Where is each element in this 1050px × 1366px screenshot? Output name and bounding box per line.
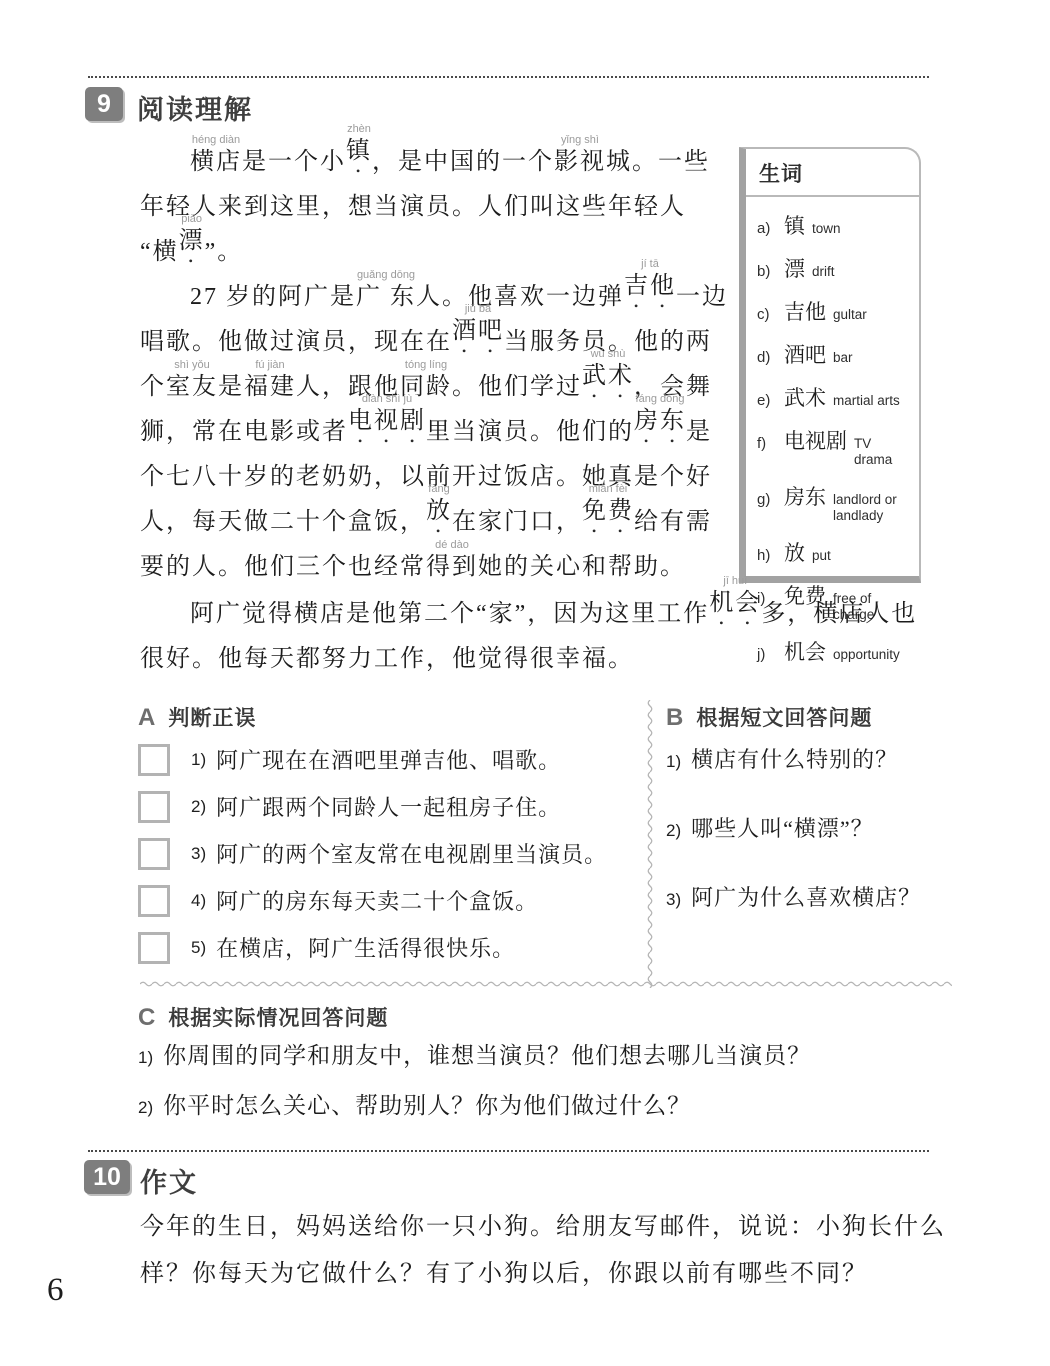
pinyin-annotation: shì yǒu — [166, 358, 218, 372]
vocab-word: 电视剧 — [784, 425, 847, 455]
passage-word: 27 岁的阿广是 — [190, 282, 356, 313]
passage-word: fàng放 — [426, 482, 452, 538]
vocab-gloss: gultar — [833, 307, 867, 323]
vocab-letter: d) — [757, 349, 784, 366]
true-false-item: 2)阿广跟两个同龄人一起租房子住。 — [138, 783, 607, 830]
chinese-text: 电视剧 — [348, 406, 426, 448]
answer-checkbox[interactable] — [138, 744, 170, 776]
vocab-box: 生词 a)镇townb)漂driftc)吉他gultard)酒吧bare)武术m… — [739, 147, 921, 583]
textbook-page: 9 阅读理解 héng diàn横店是一个小zhèn镇，是中国的一个yǐng s… — [0, 0, 1050, 1366]
vocab-gloss: TV drama — [854, 436, 913, 468]
chinese-text: 影视 — [554, 147, 606, 178]
part-b-title: 根据短文回答问题 — [696, 702, 872, 732]
reading-passage-part2: 阿广觉得横店是他第二个“家”，因为这里工作jī huì机会多，横店人也很好。他每… — [140, 585, 940, 675]
passage-word: 在家门口， — [452, 507, 582, 538]
vocab-letter: h) — [757, 547, 784, 564]
pinyin-annotation: zhèn — [346, 122, 372, 136]
part-a-title: 判断正误 — [168, 702, 256, 732]
vocab-item: f)电视剧TV drama — [757, 425, 913, 468]
passage-word: 多，横店人也 — [761, 599, 917, 630]
writing-prompt-line: 今年的生日，妈妈送给你一只小狗。给朋友写邮件，说说：小狗长什么 — [140, 1204, 946, 1251]
part-b-question-list: 1)横店有什么特别的？2)哪些人叫“横漂”？3)阿广为什么喜欢横店？ — [666, 744, 921, 951]
pinyin-annotation: dé dào — [426, 538, 478, 552]
passage-word: 城。一些 — [606, 147, 710, 178]
part-a-label: A — [138, 704, 155, 732]
passage-word: diàn shì jù电视剧 — [348, 392, 426, 448]
vocab-word: 放 — [784, 537, 805, 567]
chinese-text: 房东 — [634, 406, 686, 448]
vocab-word: 武术 — [784, 382, 826, 412]
passage-word: 是 — [686, 417, 712, 448]
chinese-text: 得到 — [426, 552, 478, 583]
chinese-text: 。他们学过 — [452, 372, 582, 403]
part-c-label: C — [138, 1004, 155, 1032]
vocab-word: 镇 — [784, 210, 805, 240]
vocab-word: 酒吧 — [784, 339, 826, 369]
passage-word: yǐng shì影视 — [554, 133, 606, 178]
chinese-text: 武术 — [582, 361, 634, 403]
pinyin-annotation: piǎo — [179, 212, 205, 226]
pinyin-annotation: jí tā — [624, 257, 676, 271]
passage-word: 阿广觉得横店是他第二个“家”，因为这里工作 — [190, 599, 709, 630]
passage-line: 要的人。他们三个也经常dé dào得到她的关心和帮助。 — [140, 538, 725, 583]
pinyin-annotation: jiǔ bā — [452, 302, 504, 316]
chinese-text: 年轻人来到这里，想当演员。人们叫这些年轻人 — [140, 192, 686, 223]
passage-word: 是一个小 — [242, 147, 346, 178]
answer-checkbox[interactable] — [138, 885, 170, 917]
vocab-gloss: drift — [812, 264, 835, 280]
vocab-item: c)吉他gultar — [757, 296, 913, 326]
vocab-letter: c) — [757, 306, 784, 323]
passage-word: fú jiàn福建 — [244, 358, 296, 403]
question-text: 你周围的同学和朋友中，谁想当演员？他们想去哪儿当演员？ — [163, 1040, 811, 1072]
chinese-text: 镇 — [346, 136, 372, 178]
passage-word: wǔ shù武术 — [582, 347, 634, 403]
pinyin-annotation: fú jiàn — [244, 358, 296, 372]
part-c-title: 根据实际情况回答问题 — [168, 1002, 388, 1032]
passage-line: 27 岁的阿广是guǎng dōng广 东人。他喜欢一边弹jí tā吉他一边 — [140, 268, 725, 313]
passage-word: jiǔ bā酒吧 — [452, 302, 504, 358]
passage-word: fáng dōng房东 — [634, 392, 686, 448]
passage-word: 要的人。他们三个也经常 — [140, 552, 426, 583]
pinyin-annotation: guǎng dōng — [356, 268, 416, 282]
passage-word: zhèn镇 — [346, 122, 372, 178]
part-b-header: B 根据短文回答问题 — [666, 702, 872, 732]
question-number: 1) — [138, 1042, 153, 1074]
passage-word: guǎng dōng广 东 — [356, 268, 416, 313]
vocab-item: e)武术martial arts — [757, 382, 913, 412]
vocab-letter: f) — [757, 435, 784, 452]
question-item: 2)哪些人叫“横漂”？ — [666, 813, 921, 846]
true-false-item: 5)在横店，阿广生活得很快乐。 — [138, 924, 607, 971]
chinese-text: 人。他喜欢一边弹 — [416, 282, 624, 313]
passage-line: 很好。他每天都努力工作，他觉得很幸福。 — [140, 630, 940, 675]
passage-word: ，是中国的一个 — [372, 147, 554, 178]
chinese-text: 是一个小 — [242, 147, 346, 178]
question-number: 3) — [191, 844, 206, 864]
question-item: 1)横店有什么特别的？ — [666, 744, 921, 777]
passage-word: 唱歌。他做过演员，现在在 — [140, 327, 452, 358]
passage-word: 里当演员。他们的 — [426, 417, 634, 448]
vocab-gloss: town — [812, 221, 841, 237]
pinyin-annotation: fàng — [426, 482, 452, 496]
section-9-badge: 9 — [85, 87, 123, 121]
question-text: 你平时怎么关心、帮助别人？你为他们做过什么？ — [163, 1090, 691, 1122]
column-separator-wavy — [645, 700, 655, 988]
question-number: 2) — [666, 815, 681, 846]
chinese-text: 阿广觉得横店是他第二个“家”，因为这里工作 — [190, 599, 709, 630]
answer-checkbox[interactable] — [138, 791, 170, 823]
passage-word: 人。他喜欢一边弹 — [416, 282, 624, 313]
pinyin-annotation: tóng líng — [400, 358, 452, 372]
passage-word: 是 — [218, 372, 244, 403]
question-number: 1) — [191, 750, 206, 770]
passage-line: 年轻人来到这里，想当演员。人们叫这些年轻人 — [140, 178, 725, 223]
pinyin-annotation: diàn shì jù — [348, 392, 426, 406]
chinese-text: 机会 — [709, 588, 761, 630]
reading-passage-part1: héng diàn横店是一个小zhèn镇，是中国的一个yǐng shì影视城。一… — [140, 133, 725, 583]
chinese-text: 广 东 — [356, 282, 416, 313]
chinese-text: 人，每天做二十个盒饭， — [140, 507, 426, 538]
passage-word: ”。 — [205, 237, 244, 268]
section-divider-top — [88, 76, 929, 78]
pinyin-annotation: yǐng shì — [554, 133, 606, 147]
question-number: 2) — [191, 797, 206, 817]
chinese-text: 要的人。他们三个也经常 — [140, 552, 426, 583]
vocab-title: 生词 — [746, 149, 919, 197]
pinyin-annotation: fáng dōng — [634, 392, 686, 406]
pinyin-annotation: miǎn fèi — [582, 482, 634, 496]
passage-word: “横 — [140, 237, 179, 268]
question-text: 阿广跟两个同龄人一起租房子住。 — [216, 791, 561, 822]
chinese-text: 横店 — [190, 147, 242, 178]
passage-word: 很好。他每天都努力工作，他觉得很幸福。 — [140, 644, 634, 675]
passage-word: 年轻人来到这里，想当演员。人们叫这些年轻人 — [140, 192, 686, 223]
vocab-gloss: bar — [833, 350, 853, 366]
true-false-list: 1)阿广现在在酒吧里弹吉他、唱歌。2)阿广跟两个同龄人一起租房子住。3)阿广的两… — [138, 736, 607, 971]
part-a-header: A 判断正误 — [138, 702, 256, 732]
vocab-word: 吉他 — [784, 296, 826, 326]
chinese-text: 室友 — [166, 372, 218, 403]
vocab-word: 漂 — [784, 253, 805, 283]
question-text: 横店有什么特别的？ — [691, 744, 898, 775]
vocab-gloss: martial arts — [833, 393, 900, 409]
vocab-letter: b) — [757, 263, 784, 280]
writing-prompt-line: 样？你每天为它做什么？有了小狗以后，你跟以前有哪些不同？ — [140, 1251, 946, 1298]
question-text: 阿广的两个室友常在电视剧里当演员。 — [216, 838, 607, 869]
chinese-text: 很好。他每天都努力工作，他觉得很幸福。 — [140, 644, 634, 675]
chinese-text: 一边 — [676, 282, 728, 313]
vocab-item: a)镇town — [757, 210, 913, 240]
passage-word: piǎo漂 — [179, 212, 205, 268]
chinese-text: 吉他 — [624, 271, 676, 313]
chinese-text: ”。 — [205, 237, 244, 268]
chinese-text: 给有需 — [634, 507, 712, 538]
question-item: 3)阿广为什么喜欢横店？ — [666, 882, 921, 915]
row-separator-wavy — [140, 979, 952, 989]
passage-word: 她的关心和帮助。 — [478, 552, 686, 583]
chinese-text: 放 — [426, 496, 452, 538]
section-10-badge: 10 — [84, 1160, 130, 1194]
question-text: 在横店，阿广生活得很快乐。 — [216, 932, 515, 963]
chinese-text: 是 — [686, 417, 712, 448]
answer-checkbox[interactable] — [138, 838, 170, 870]
passage-word: shì yǒu室友 — [166, 358, 218, 403]
passage-line: 狮，常在电影或者diàn shì jù电视剧里当演员。他们的fáng dōng房… — [140, 403, 725, 448]
vocab-letter: g) — [757, 491, 784, 508]
question-item: 1)你周围的同学和朋友中，谁想当演员？他们想去哪儿当演员？ — [138, 1040, 811, 1074]
passage-word: 人，每天做二十个盒饭， — [140, 507, 426, 538]
question-number: 4) — [191, 891, 206, 911]
chinese-text: “横 — [140, 237, 179, 268]
passage-word: dé dào得到 — [426, 538, 478, 583]
question-number: 3) — [666, 884, 681, 915]
passage-line: 唱歌。他做过演员，现在在jiǔ bā酒吧当服务员。他的两 — [140, 313, 725, 358]
chinese-text: 27 岁的阿广是 — [190, 282, 356, 313]
chinese-text: 多，横店人也 — [761, 599, 917, 630]
passage-word: 给有需 — [634, 507, 712, 538]
chinese-text: 狮，常在电影或者 — [140, 417, 348, 448]
passage-line: 人，每天做二十个盒饭，fàng放在家门口，miǎn fèi免费给有需 — [140, 493, 725, 538]
pinyin-annotation: jī huì — [709, 574, 761, 588]
true-false-item: 3)阿广的两个室友常在电视剧里当演员。 — [138, 830, 607, 877]
part-c-header: C 根据实际情况回答问题 — [138, 1002, 388, 1032]
pinyin-annotation: héng diàn — [190, 133, 242, 147]
passage-word: 个 — [140, 372, 166, 403]
vocab-gloss: landlord or landlady — [833, 492, 897, 524]
passage-word: héng diàn横店 — [190, 133, 242, 178]
question-text: 阿广现在在酒吧里弹吉他、唱歌。 — [216, 744, 561, 775]
passage-word: miǎn fèi免费 — [582, 482, 634, 538]
vocab-gloss: put — [812, 548, 831, 564]
vocab-item: d)酒吧bar — [757, 339, 913, 369]
chinese-text: 唱歌。他做过演员，现在在 — [140, 327, 452, 358]
part-c-question-list: 1)你周围的同学和朋友中，谁想当演员？他们想去哪儿当演员？2)你平时怎么关心、帮… — [138, 1040, 811, 1140]
question-number: 5) — [191, 938, 206, 958]
passage-line: héng diàn横店是一个小zhèn镇，是中国的一个yǐng shì影视城。一… — [140, 133, 725, 178]
passage-word: 一边 — [676, 282, 728, 313]
passage-word: 。他们学过 — [452, 372, 582, 403]
question-text: 阿广为什么喜欢横店？ — [691, 882, 921, 913]
passage-word: 狮，常在电影或者 — [140, 417, 348, 448]
pinyin-annotation: wǔ shù — [582, 347, 634, 361]
chinese-text: 她的关心和帮助。 — [478, 552, 686, 583]
chinese-text: 在家门口， — [452, 507, 582, 538]
passage-line: 阿广觉得横店是他第二个“家”，因为这里工作jī huì机会多，横店人也 — [140, 585, 940, 630]
passage-word: jī huì机会 — [709, 574, 761, 630]
answer-checkbox[interactable] — [138, 932, 170, 964]
section-divider-bottom — [88, 1150, 929, 1152]
chinese-text: 是 — [218, 372, 244, 403]
section-10-title: 作文 — [140, 1161, 198, 1200]
question-text: 哪些人叫“横漂”？ — [691, 813, 874, 844]
writing-prompt: 今年的生日，妈妈送给你一只小狗。给朋友写邮件，说说：小狗长什么 样？你每天为它做… — [140, 1204, 946, 1298]
chinese-text: 漂 — [179, 226, 205, 268]
vocab-letter: a) — [757, 220, 784, 237]
vocab-letter: e) — [757, 392, 784, 409]
chinese-text: ，是中国的一个 — [372, 147, 554, 178]
true-false-item: 1)阿广现在在酒吧里弹吉他、唱歌。 — [138, 736, 607, 783]
vocab-word: 房东 — [784, 481, 826, 511]
vocab-item: h)放put — [757, 537, 913, 567]
chinese-text: 个 — [140, 372, 166, 403]
question-number: 1) — [666, 746, 681, 777]
chinese-text: 免费 — [582, 496, 634, 538]
question-text: 阿广的房东每天卖二十个盒饭。 — [216, 885, 538, 916]
chinese-text: 里当演员。他们的 — [426, 417, 634, 448]
section-9-title: 阅读理解 — [137, 88, 253, 127]
page-number: 6 — [47, 1272, 64, 1309]
vocab-item: g)房东landlord or landlady — [757, 481, 913, 524]
passage-word: jí tā吉他 — [624, 257, 676, 313]
chinese-text: 酒吧 — [452, 316, 504, 358]
question-number: 2) — [138, 1092, 153, 1124]
question-item: 2)你平时怎么关心、帮助别人？你为他们做过什么？ — [138, 1090, 811, 1124]
chinese-text: 城。一些 — [606, 147, 710, 178]
part-b-label: B — [666, 704, 683, 732]
chinese-text: 福建 — [244, 372, 296, 403]
true-false-item: 4)阿广的房东每天卖二十个盒饭。 — [138, 877, 607, 924]
vocab-item: b)漂drift — [757, 253, 913, 283]
